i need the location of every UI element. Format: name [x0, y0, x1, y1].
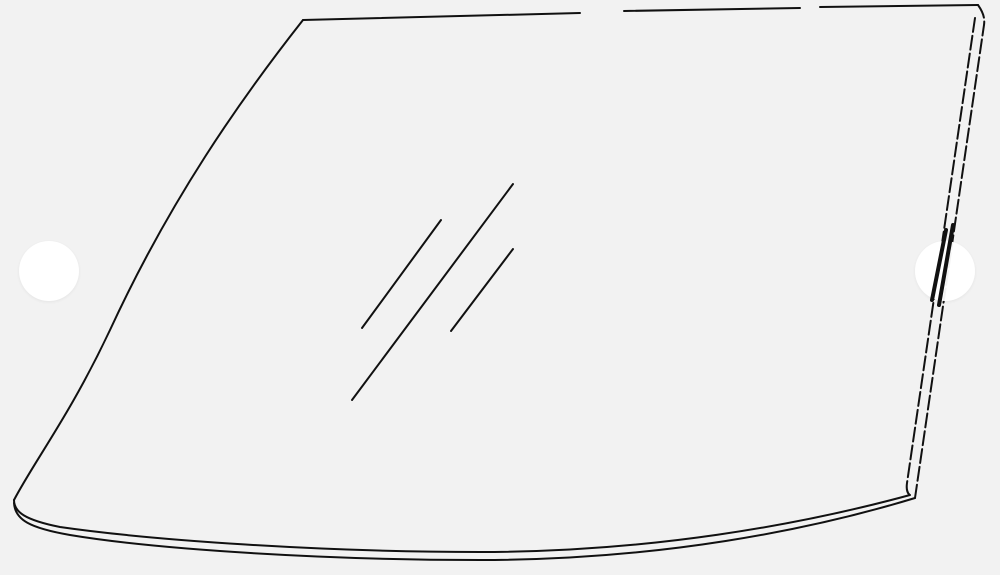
glare-line-3: [451, 249, 513, 331]
next-image-button[interactable]: Next image: [915, 241, 975, 301]
next-image-label: Next image: [945, 271, 946, 272]
previous-image-button[interactable]: Previous image: [19, 241, 79, 301]
previous-image-label: Previous image: [49, 271, 50, 272]
windshield-top-edge: [303, 5, 978, 20]
glare-line-2: [352, 184, 513, 400]
glare-line-1: [362, 220, 441, 328]
image-gallery: Previous image Next image: [0, 0, 1000, 575]
windshield-drawing: [0, 0, 1000, 575]
windshield-bottom-edge-inner: [14, 495, 910, 552]
windshield-bottom-edge-outer: [14, 498, 915, 560]
